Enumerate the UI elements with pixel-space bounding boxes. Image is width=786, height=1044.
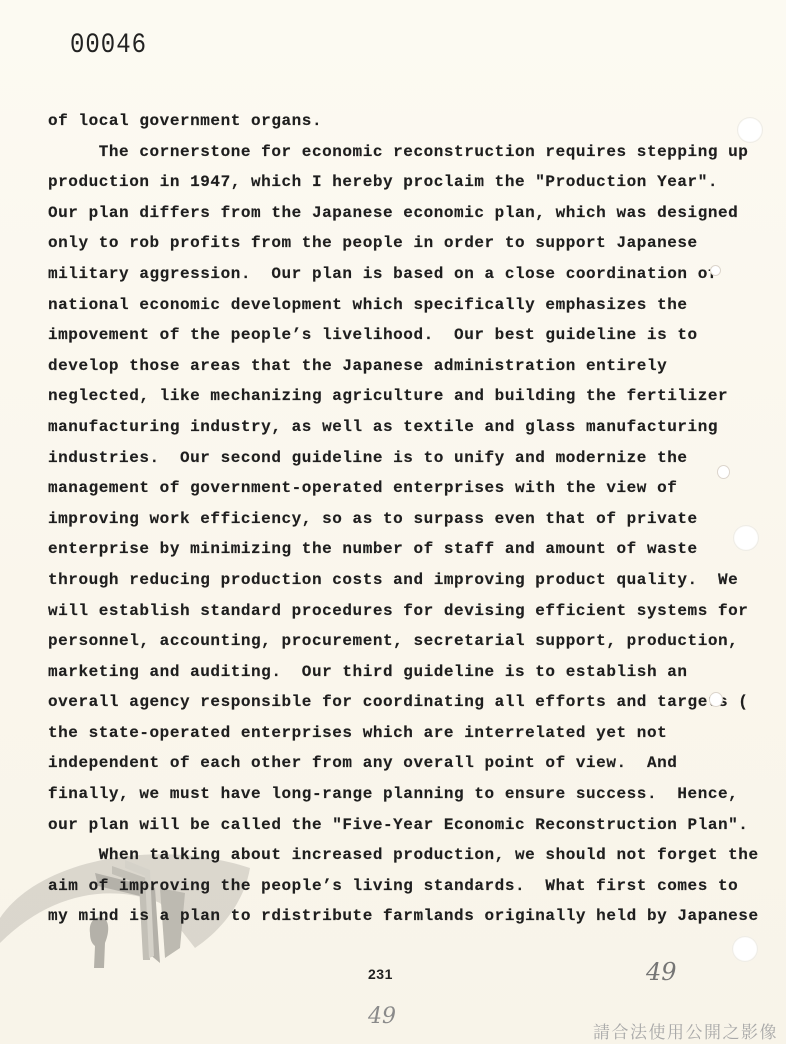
text-line: overall agency responsible for coordinat…: [48, 687, 748, 718]
text-line: national economic development which spec…: [48, 290, 748, 321]
text-line: develop those areas that the Japanese ad…: [48, 351, 748, 382]
text-line: will establish standard procedures for d…: [48, 596, 748, 627]
document-page: 00046 of local government organs. The co…: [0, 0, 786, 1044]
text-line: industries. Our second guideline is to u…: [48, 443, 748, 474]
text-line: independent of each other from any overa…: [48, 748, 748, 779]
text-line: aim of improving the people’s living sta…: [48, 871, 748, 902]
punch-hole-icon: [733, 525, 759, 551]
text-line: enterprise by minimizing the number of s…: [48, 534, 748, 565]
handwritten-folio-annotation: 49: [368, 1004, 396, 1029]
text-line: through reducing production costs and im…: [48, 565, 748, 596]
text-line: When talking about increased production,…: [48, 840, 748, 871]
text-line: the state-operated enterprises which are…: [48, 718, 748, 749]
text-line: impovement of the people’s livelihood. O…: [48, 320, 748, 351]
document-body: of local government organs. The cornerst…: [48, 106, 748, 932]
text-line: my mind is a plan to rdistribute farmlan…: [48, 901, 748, 932]
text-line: neglected, like mechanizing agriculture …: [48, 381, 748, 412]
text-line: our plan will be called the "Five-Year E…: [48, 810, 748, 841]
text-line: improving work efficiency, so as to surp…: [48, 504, 748, 535]
text-line: of local government organs.: [48, 106, 748, 137]
punch-hole-icon: [732, 936, 758, 962]
margin-mark-icon: [710, 265, 721, 276]
text-line: personnel, accounting, procurement, secr…: [48, 626, 748, 657]
text-line: Our plan differs from the Japanese econo…: [48, 198, 748, 229]
text-line: manufacturing industry, as well as texti…: [48, 412, 748, 443]
text-line: production in 1947, which I hereby procl…: [48, 167, 748, 198]
handwritten-page-annotation: 49: [646, 958, 677, 986]
margin-mark-icon: [709, 692, 723, 707]
text-line: The cornerstone for economic reconstruct…: [48, 137, 748, 168]
page-number: 231: [368, 966, 393, 982]
usage-notice-watermark: 請合法使用公開之影像: [593, 1018, 778, 1043]
text-line: management of government-operated enterp…: [48, 473, 748, 504]
punch-hole-icon: [737, 117, 763, 143]
text-line: finally, we must have long-range plannin…: [48, 779, 748, 810]
text-line: military aggression. Our plan is based o…: [48, 259, 748, 290]
document-id-stamp: 00046: [70, 30, 147, 61]
text-line: marketing and auditing. Our third guidel…: [48, 657, 748, 688]
margin-mark-icon: [717, 465, 730, 479]
text-line: only to rob profits from the people in o…: [48, 228, 748, 259]
